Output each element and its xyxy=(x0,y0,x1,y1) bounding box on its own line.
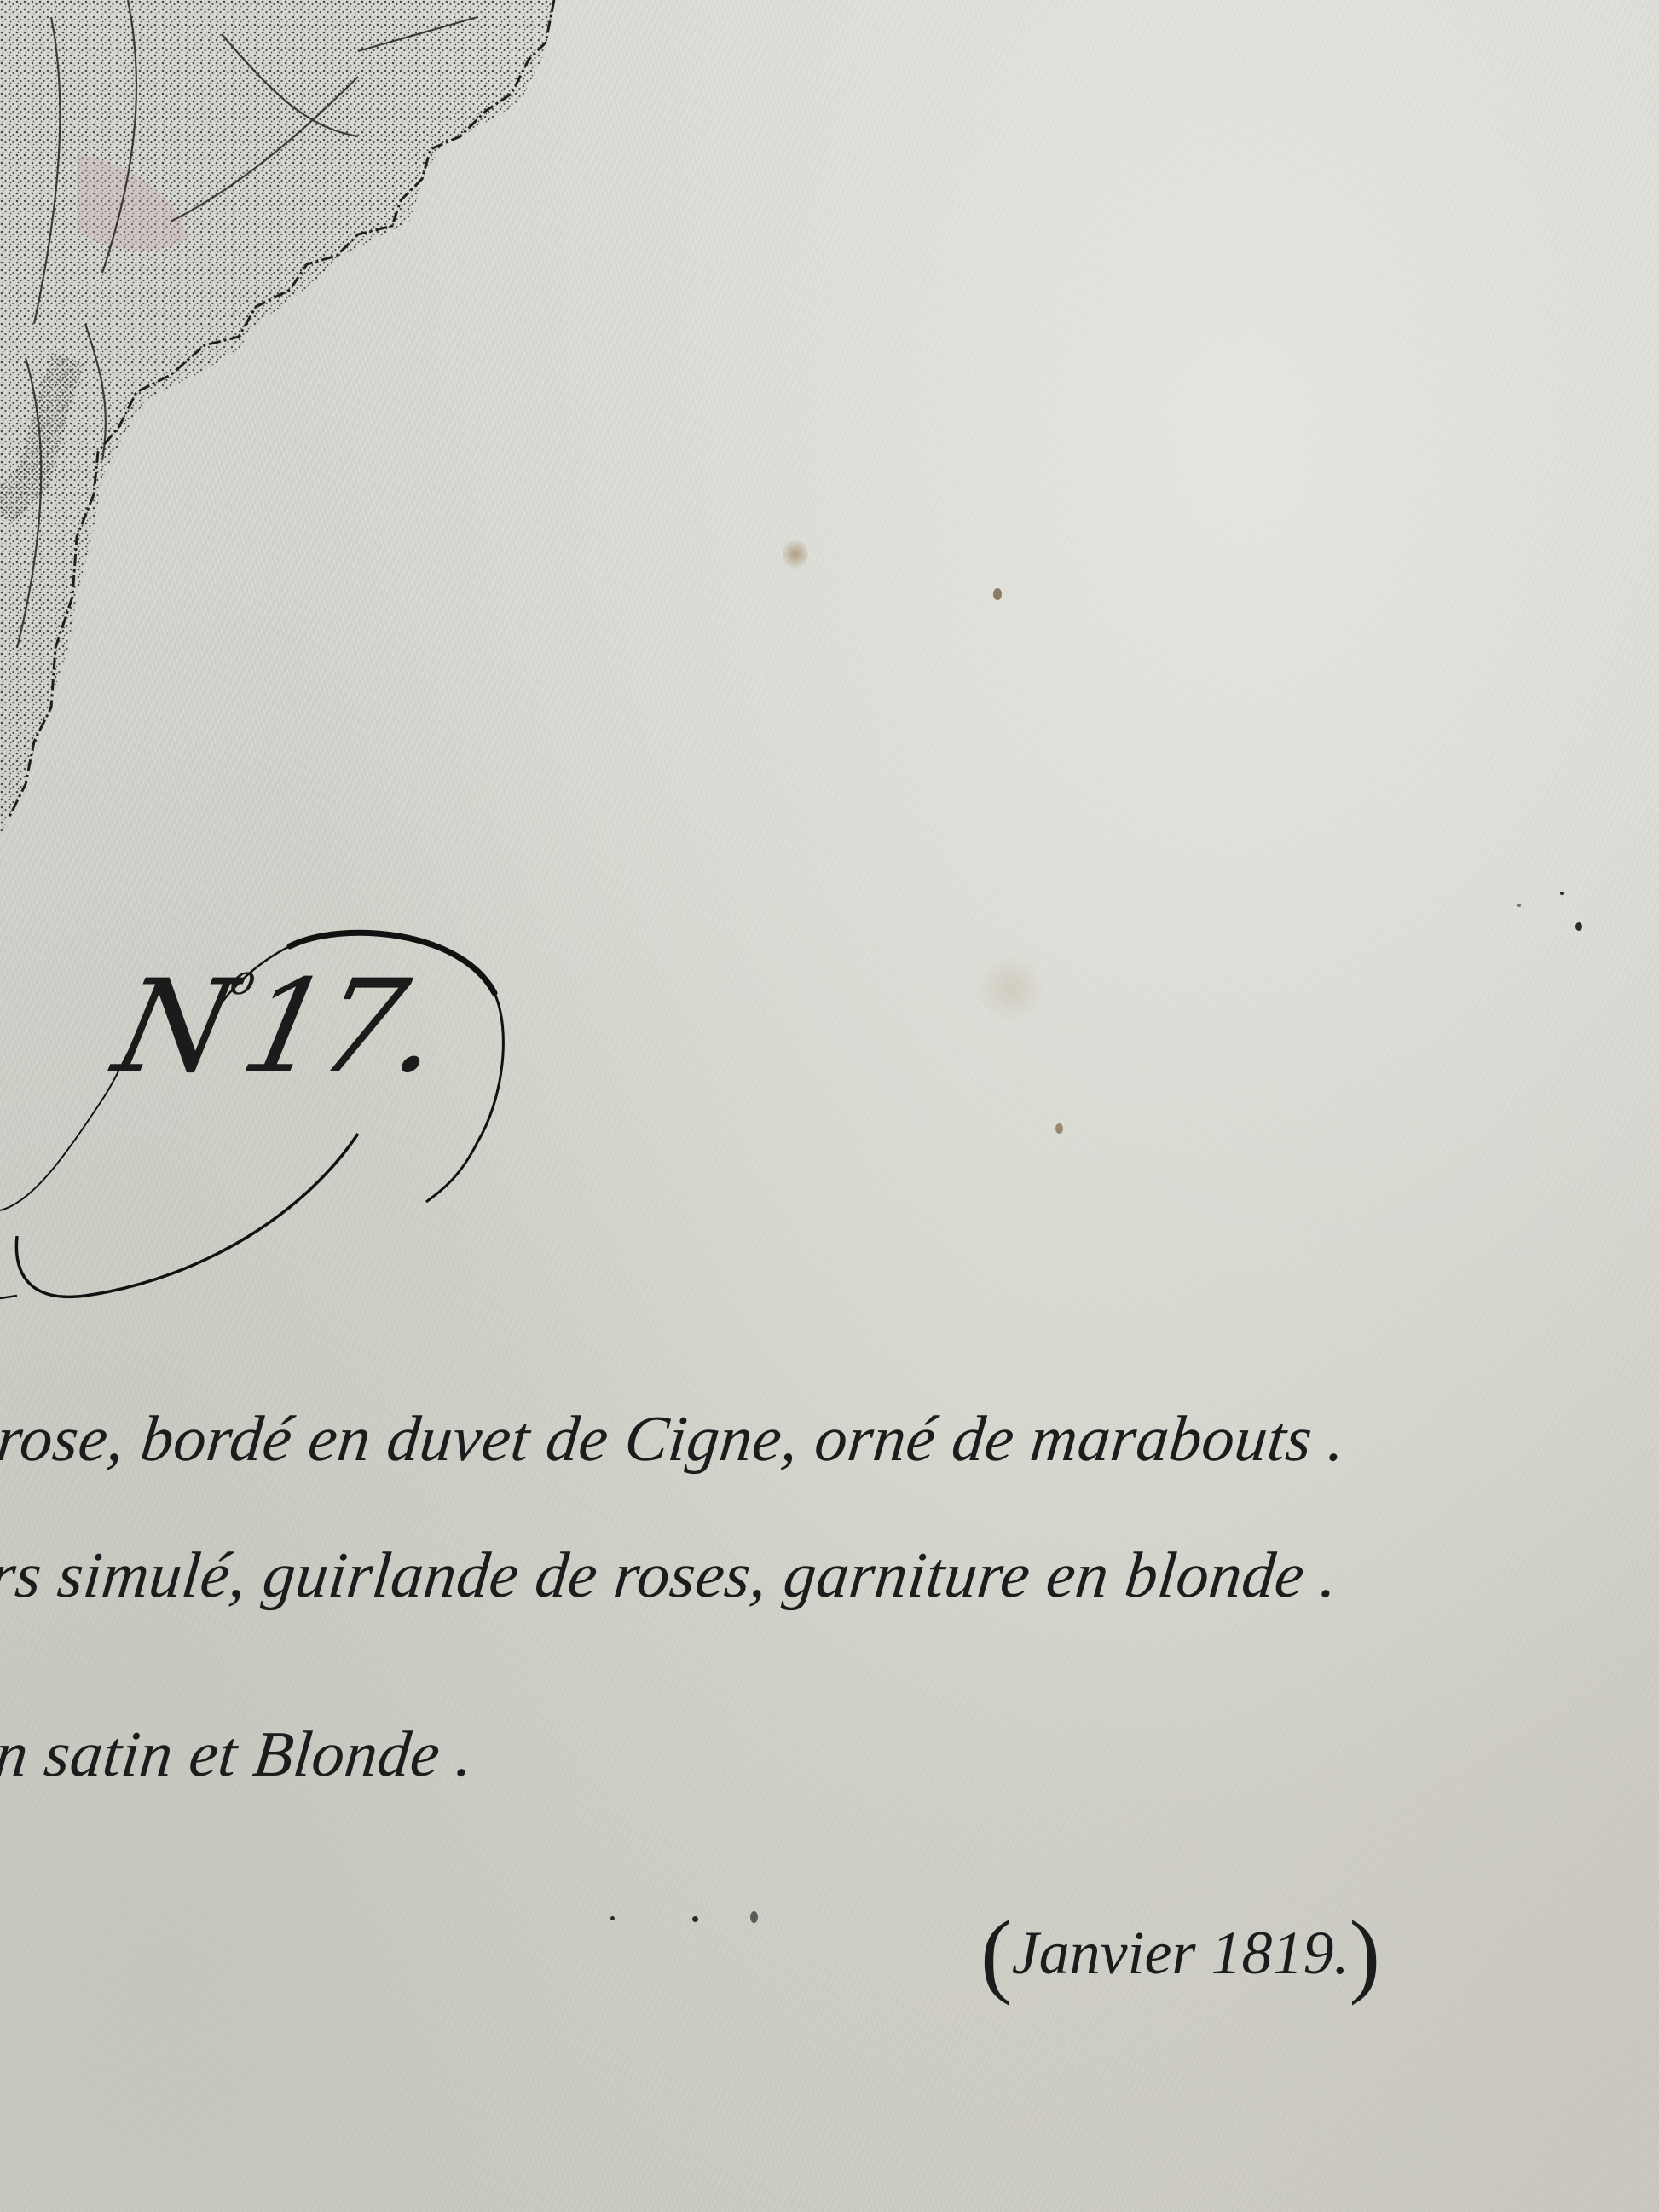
ink-speck xyxy=(1575,922,1582,931)
ink-speck xyxy=(1560,892,1564,895)
leader-dot xyxy=(750,1911,758,1923)
leader-dot xyxy=(610,1916,615,1920)
foxing-spot xyxy=(993,588,1002,600)
caption-line-3: n satin et Blonde . xyxy=(0,1718,477,1792)
gown-engraving-illustration xyxy=(0,0,614,938)
caption-line-2: rs simulé, guirlande de roses, garniture… xyxy=(0,1539,1342,1613)
caption-line-1: rose, bordé en duvet de Cigne, orné de m… xyxy=(0,1402,1349,1476)
ink-speck xyxy=(1517,904,1521,907)
foxing-spot xyxy=(977,955,1045,1023)
foxing-spot xyxy=(1055,1123,1063,1134)
publication-date: (Janvier 1819.) xyxy=(980,1888,1380,1996)
open-paren: ( xyxy=(980,1902,1012,2006)
leader-dot xyxy=(692,1916,698,1922)
plate-number: No17. xyxy=(106,963,448,1091)
close-paren: ) xyxy=(1350,1902,1381,2006)
foxing-spot xyxy=(783,537,808,571)
date-text: Janvier 1819. xyxy=(1012,1919,1350,1987)
